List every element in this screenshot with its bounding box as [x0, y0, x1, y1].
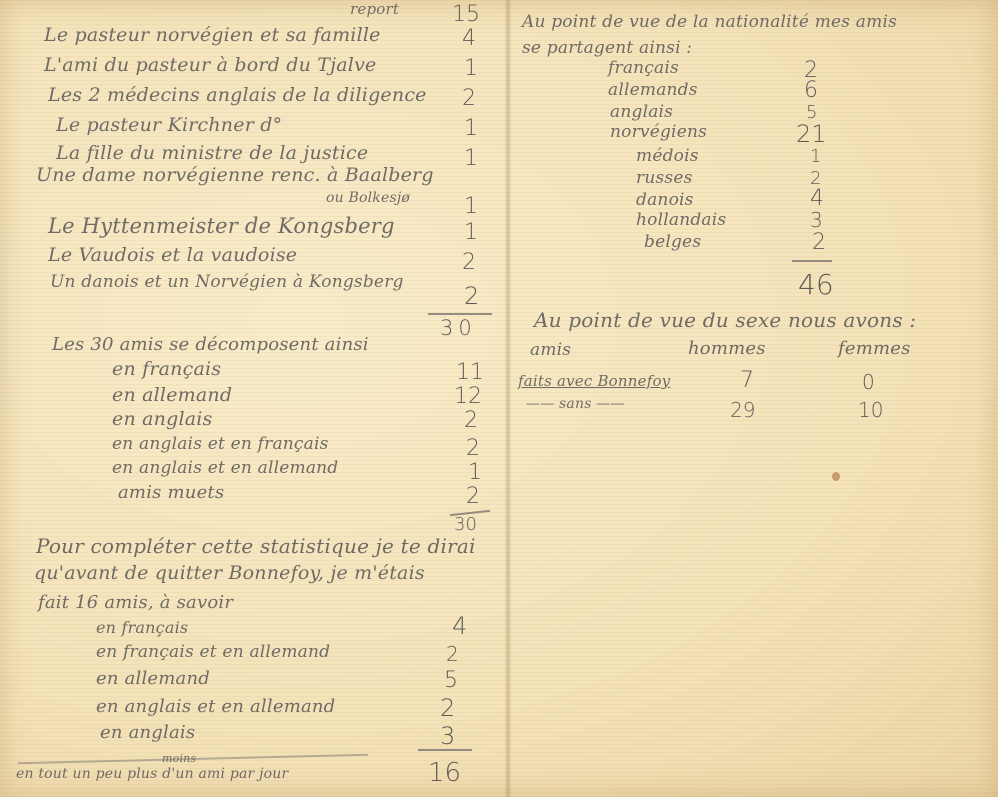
list-item: La fille du ministre de la justice: [56, 142, 368, 164]
footer-line: en tout un peu plus d'un ami par jour: [16, 766, 288, 782]
list-item-count: 1: [810, 146, 821, 167]
list-item: norvégiens: [610, 122, 707, 142]
list-item-count: 21: [796, 120, 827, 148]
nationality-heading-line: Au point de vue de la nationalité mes am…: [522, 12, 897, 32]
sum-rule: [428, 313, 492, 315]
nationality-heading-line: se partagent ainsi :: [522, 38, 692, 58]
list-item: belges: [644, 232, 701, 252]
list-item-count: 11: [456, 360, 484, 385]
list-item: en anglais et en français: [112, 434, 329, 454]
report-value: 15: [452, 2, 480, 27]
languages-heading: Les 30 amis se décomposent ainsi: [52, 334, 369, 355]
right-page: Au point de vue de la nationalité mes am…: [508, 0, 998, 797]
table-cell-women: 10: [858, 398, 883, 422]
list-item: en anglais et en allemand: [112, 458, 338, 478]
sex-heading: Au point de vue du sexe nous avons :: [534, 308, 916, 332]
list-item-count: 2: [462, 86, 476, 111]
list-item: danois: [636, 190, 694, 210]
list-item-count: 1: [464, 56, 478, 81]
list-item-note: ou Bolkesjø: [326, 190, 410, 206]
list-item: amis muets: [118, 482, 224, 503]
list-item: Une dame norvégienne renc. à Baalberg: [36, 164, 434, 186]
list-item: en allemand: [112, 384, 232, 406]
list-item-count: 1: [464, 146, 478, 171]
list-item: Un danois et un Norvégien à Kongsberg: [50, 272, 404, 292]
list-item-count: 4: [462, 26, 476, 51]
column-header: femmes: [838, 338, 911, 359]
languages-total: 30: [454, 514, 477, 535]
sum-rule: [418, 749, 472, 751]
list-item: en français et en allemand: [96, 642, 330, 662]
list-item: Le Vaudois et la vaudoise: [48, 244, 297, 266]
list-item-count: 2: [466, 436, 480, 461]
before-total: 16: [428, 758, 461, 788]
list-item-count: 2: [466, 484, 480, 509]
table-row-label: —— sans ——: [526, 396, 625, 412]
report-label: report: [350, 0, 399, 18]
list-item-count: 2: [464, 408, 478, 433]
list-item-count: 2: [812, 230, 826, 255]
list-item-count: 4: [452, 612, 467, 640]
list-item: en anglais et en allemand: [96, 696, 335, 717]
list-item-count: 1: [464, 220, 478, 245]
list-item: Le Hyttenmeister de Kongsberg: [48, 214, 395, 238]
column-header: hommes: [688, 338, 766, 359]
list-item-count: 3: [440, 722, 455, 750]
list-item-count: 2: [440, 694, 455, 722]
list-item-count: 5: [444, 668, 458, 693]
list-item: médois: [636, 146, 699, 166]
paragraph-line: Pour compléter cette statistique je te d…: [36, 534, 476, 558]
list-item-count: 2: [464, 282, 479, 310]
ink-stain: [832, 472, 840, 481]
list-item: anglais: [610, 102, 673, 122]
list-item-count: 3: [810, 208, 823, 232]
manuscript-sheet: report 15 Le pasteur norvégien et sa fam…: [0, 0, 998, 797]
list-item: Les 2 médecins anglais de la diligence: [48, 84, 427, 106]
list-item: Le pasteur Kirchner d°: [56, 114, 282, 136]
list-item-count: 12: [454, 384, 482, 409]
list-item-count: 2: [446, 642, 459, 666]
sum-rule: [792, 260, 832, 262]
table-row-label: faits avec Bonnefoy: [518, 372, 670, 390]
list-item: russes: [636, 168, 693, 188]
list-item: en français: [96, 618, 188, 637]
list-item-count: 2: [462, 250, 476, 275]
list-item-count: 1: [464, 116, 478, 141]
list-item-count: 6: [804, 78, 818, 103]
paragraph-line: fait 16 amis, à savoir: [38, 592, 233, 613]
list-item: en anglais: [100, 722, 195, 743]
list-item: français: [608, 58, 679, 78]
table-cell-men: 29: [730, 398, 755, 422]
left-page: report 15 Le pasteur norvégien et sa fam…: [0, 0, 508, 797]
nationality-total: 46: [798, 268, 834, 301]
list-item: en français: [112, 358, 221, 380]
table-cell-women: 0: [862, 370, 875, 394]
list-item: en allemand: [96, 668, 210, 689]
table-cell-men: 7: [740, 368, 754, 393]
list-item: hollandais: [636, 210, 726, 230]
paragraph-line: qu'avant de quitter Bonnefoy, je m'étais: [34, 562, 425, 584]
list-item: L'ami du pasteur à bord du Tjalve: [44, 54, 376, 76]
column-header: amis: [530, 340, 571, 360]
footer-annotation: moins: [162, 752, 196, 765]
list-item-count: 1: [464, 194, 478, 219]
list-item: en anglais: [112, 408, 212, 430]
list-item: Le pasteur norvégien et sa famille: [44, 24, 381, 46]
list-item: allemands: [608, 80, 698, 100]
list-item-count: 1: [468, 460, 482, 485]
friends-total: 30: [440, 316, 477, 340]
